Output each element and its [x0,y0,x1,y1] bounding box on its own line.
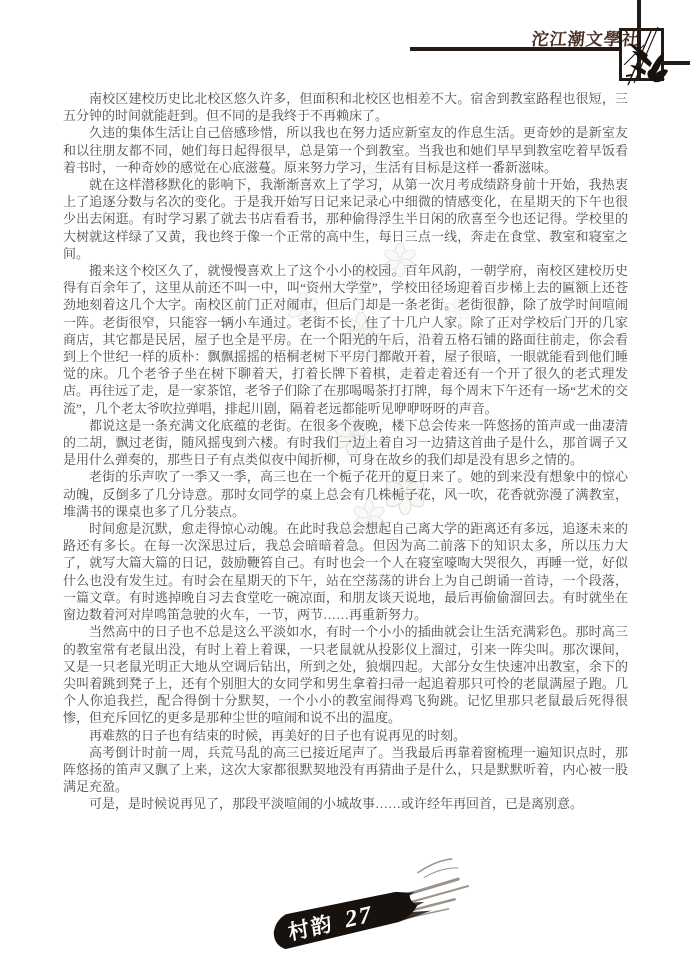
society-name: 沱江潮文學社 [531,25,626,49]
article-paragraph: 都说这是一条充满文化底蕴的老街。在很多个夜晚，楼下总会传来一阵悠扬的笛声或一曲凄… [63,417,628,469]
article-paragraph: 时间愈是沉默，愈走得惊心动魄。在此时我总会想起自己离大学的距离还有多远，追逐未来… [63,520,628,623]
article-paragraph: 久违的集体生活让自己倍感珍惜，所以我也在努力适应新室友的作息生活。更奇妙的是新室… [63,124,628,176]
article-paragraph: 就在这样潜移默化的影响下，我渐渐喜欢上了学习，从第一次月考成绩跻身前十开始，我热… [63,176,628,262]
header-rule-left [410,47,620,51]
magazine-page: 沱江潮文學社 南校区建校历史比北校区悠久 [0,0,690,973]
article-paragraph: 当然高中的日子也不总是这么平淡如水，有时一个小小的插曲就会让生活充满彩色。那时高… [63,623,628,726]
article-paragraph: 可是，是时候说再见了，那段平淡喧闹的小城故事……或许经年再回首，已是离别意。 [63,795,628,812]
article-body: 南校区建校历史比北校区悠久许多，但面积和北校区也相差不大。宿舍到教室路程也很短，… [63,90,628,813]
header-art-box [619,28,664,81]
article-paragraph: 高考倒计时前一周，兵荒马乱的高三已接近尾声了。当我最后再靠着窗梳理一遍知识点时，… [63,744,628,796]
page-footer-banner: 村韵 27 [228,852,518,970]
article-paragraph: 老街的乐声吹了一季又一季，高三也在一个栀子花开的夏日来了。她的到来没有想象中的惊… [63,468,628,520]
article-paragraph: 搬来这个校区久了，就慢慢喜欢上了这个小小的校园。百年风韵，一朝学府，南校区建校历… [63,262,628,417]
brush-stroke-banner-icon: 村韵 27 [228,957,518,973]
article-paragraph: 再难熬的日子也有结束的时候，再美好的日子也有说再见的时刻。 [63,727,628,744]
article-paragraph: 南校区建校历史比北校区悠久许多，但面积和北校区也相差不大。宿舍到教室路程也很短，… [63,90,628,124]
